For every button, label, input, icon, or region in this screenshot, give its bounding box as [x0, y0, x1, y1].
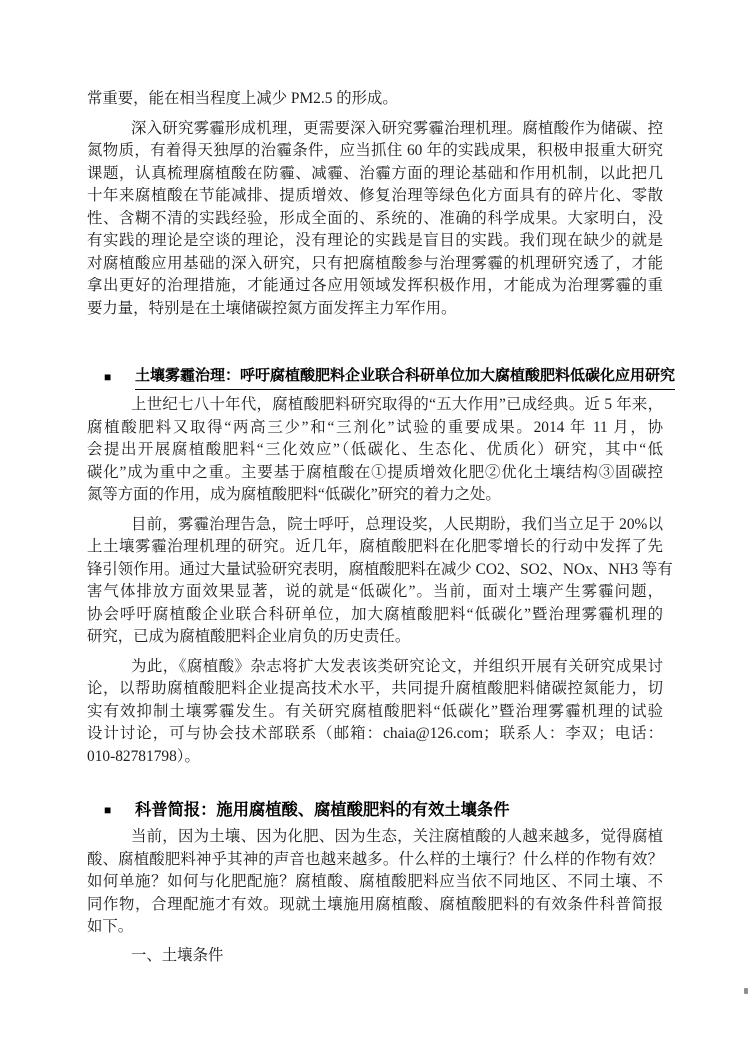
- section-heading-text: 科普简报：施用腐植酸、腐植酸肥料的有效土壤条件: [135, 798, 509, 822]
- paragraph: 当前，因为土壤、因为化肥、因为生态，关注腐植酸的人越来越多，觉得腐植酸、腐植酸肥…: [87, 826, 663, 939]
- text-line: 拿出更好的治理措施，才能通过各应用领域发挥积极作用，才能成为治理雾霾的重: [87, 275, 663, 298]
- text-line: 腐植酸肥料又取得“两高三少”和“三剂化”试验的重要成果。2014 年 11 月，…: [87, 417, 663, 440]
- text-line: 氮等方面的作用，成为腐植酸肥料“低碳化”研究的着力之处。: [87, 484, 663, 507]
- text-line: 协会呼吁腐植酸企业联合科研单位，加大腐植酸肥料“低碳化”暨治理雾霾机理的: [87, 604, 663, 627]
- text-line: 当前，因为土壤、因为化肥、因为生态，关注腐植酸的人越来越多，觉得腐植: [87, 826, 663, 849]
- section-heading: ■科普简报：施用腐植酸、腐植酸肥料的有效土壤条件: [87, 798, 663, 822]
- text-line: 010-82781798）。: [87, 746, 663, 769]
- text-line: 有实践的理论是空谈的理论，没有理论的实践是盲目的实践。我们现在缺少的就是: [87, 230, 663, 253]
- paragraph: 上世纪七八十年代，腐植酸肥料研究取得的“五大作用”已成经典。近 5 年来，腐植酸…: [87, 394, 663, 507]
- text-line: 一、土壤条件: [87, 945, 663, 968]
- text-line: 要力量，特别是在土壤储碳控氮方面发挥主力军作用。: [87, 298, 663, 321]
- text-line: 课题，认真梳理腐植酸在防霾、减霾、治霾方面的理论基础和作用机制，以此把几: [87, 163, 663, 186]
- text-line: 酸、腐植酸肥料神乎其神的声音也越来越多。什么样的土壤行？什么样的作物有效？: [87, 849, 663, 872]
- text-line: 深入研究雾霾形成机理，更需要深入研究雾霾治理机理。腐植酸作为储碳、控: [87, 118, 663, 141]
- section-heading-text: 土壤雾霾治理：呼吁腐植酸肥料企业联合科研单位加大腐植酸肥料低碳化应用研究: [135, 364, 675, 390]
- text-line: 碳化”成为重中之重。主要基于腐植酸在①提质增效化肥②优化土壤结构③固碳控: [87, 462, 663, 485]
- text-line: 实有效抑制土壤雾霾发生。有关研究腐植酸肥料“低碳化”暨治理雾霾机理的试验: [87, 701, 663, 724]
- text-line: 常重要，能在相当程度上减少 PM2.5 的形成。: [87, 88, 663, 111]
- text-line: 研究，已成为腐植酸肥料企业肩负的历史责任。: [87, 626, 663, 649]
- document-body: 常重要，能在相当程度上减少 PM2.5 的形成。深入研究雾霾形成机理，更需要深入…: [87, 88, 663, 967]
- text-line: 会提出开展腐植酸肥料“三化效应”（低碳化、生态化、优质化）研究，其中“低: [87, 439, 663, 462]
- text-line: 上土壤雾霾治理机理的研究。近几年，腐植酸肥料在化肥零增长的行动中发挥了先: [87, 536, 663, 559]
- text-line: 上世纪七八十年代，腐植酸肥料研究取得的“五大作用”已成经典。近 5 年来，: [87, 394, 663, 417]
- paragraph: 为此，《腐植酸》杂志将扩大发表该类研究论文，并组织开展有关研究成果讨论，以帮助腐…: [87, 656, 663, 769]
- text-line: 十年来腐植酸在节能减排、提质增效、修复治理等绿色化方面具有的碎片化、零散: [87, 185, 663, 208]
- paragraph: 目前，雾霾治理告急，院士呼吁，总理设奖，人民期盼，我们当立足于 20%以上土壤雾…: [87, 514, 663, 649]
- text-line: 氮物质，有着得天独厚的治霾条件，应当抓住 60 年的实践成果，积极申报重大研究: [87, 140, 663, 163]
- scan-artifact-speck: [744, 988, 748, 994]
- document-page: 常重要，能在相当程度上减少 PM2.5 的形成。深入研究雾霾形成机理，更需要深入…: [0, 0, 749, 1060]
- text-line: 对腐植酸应用基础的深入研究，只有把腐植酸参与治理雾霾的机理研究透了，才能: [87, 253, 663, 276]
- section-bullet-square-icon: ■: [104, 365, 135, 389]
- text-line: 害气体排放方面效果显著，说的就是“低碳化”。当前，面对土壤产生雾霾问题，: [87, 581, 663, 604]
- text-line: 为此，《腐植酸》杂志将扩大发表该类研究论文，并组织开展有关研究成果讨: [87, 656, 663, 679]
- paragraph: 一、土壤条件: [87, 945, 663, 968]
- section-heading: ■土壤雾霾治理：呼吁腐植酸肥料企业联合科研单位加大腐植酸肥料低碳化应用研究: [87, 364, 663, 390]
- text-line: 锋引领作用。通过大量试验研究表明，腐植酸肥料在减少 CO2、SO2、NOx、NH…: [87, 559, 663, 582]
- text-line: 如下。: [87, 916, 663, 939]
- section-bullet-square-icon: ■: [104, 798, 135, 822]
- text-line: 性、含糊不清的实践经验，形成全面的、系统的、准确的科学成果。大家明白，没: [87, 208, 663, 231]
- paragraph: 深入研究雾霾形成机理，更需要深入研究雾霾治理机理。腐植酸作为储碳、控氮物质，有着…: [87, 118, 663, 321]
- text-line: 设计讨论，可与协会技术部联系（邮箱：chaia@126.com；联系人：李双；电…: [87, 723, 663, 746]
- text-line: 同作物，合理配施才有效。现就土壤施用腐植酸、腐植酸肥料的有效条件科普简报: [87, 894, 663, 917]
- text-line: 如何单施？如何与化肥配施？腐植酸、腐植酸肥料应当依不同地区、不同土壤、不: [87, 871, 663, 894]
- paragraph: 常重要，能在相当程度上减少 PM2.5 的形成。: [87, 88, 663, 111]
- text-line: 目前，雾霾治理告急，院士呼吁，总理设奖，人民期盼，我们当立足于 20%以: [87, 514, 663, 537]
- text-line: 论，以帮助腐植酸肥料企业提高技术水平，共同提升腐植酸肥料储碳控氮能力，切: [87, 678, 663, 701]
